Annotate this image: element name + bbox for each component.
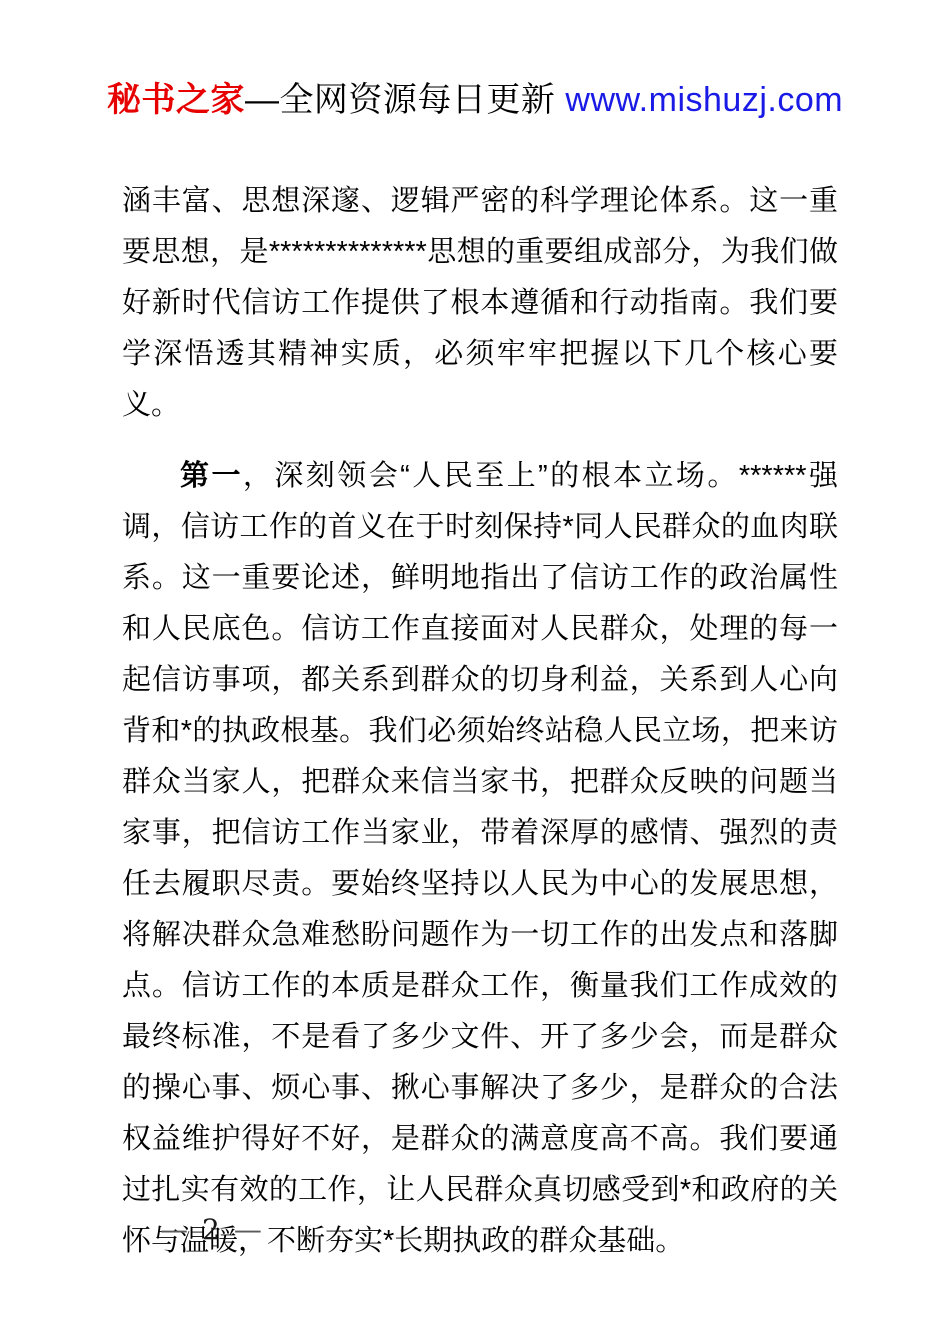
paragraph-text: 涵丰富、思想深邃、逻辑严密的科学理论体系。这一重要思想，是***********… bbox=[122, 185, 838, 421]
document-body: 涵丰富、思想深邃、逻辑严密的科学理论体系。这一重要思想，是***********… bbox=[122, 176, 838, 1287]
document-page: 秘书之家—全网资源每日更新 www.mishuzj.com 涵丰富、思想深邃、逻… bbox=[0, 0, 950, 1344]
paragraph-text: ，深刻领会“人民至上”的根本立场。******强调，信访工作的首义在于时刻保持*… bbox=[122, 460, 838, 1257]
paragraph-lead-bold: 第一 bbox=[180, 460, 243, 492]
page-number: 2 bbox=[202, 1213, 220, 1246]
paragraph: 第一，深刻领会“人民至上”的根本立场。******强调，信访工作的首义在于时刻保… bbox=[122, 451, 838, 1267]
site-tagline: —全网资源每日更新 bbox=[245, 81, 565, 119]
page-footer: —2— bbox=[160, 1213, 262, 1246]
page-header: 秘书之家—全网资源每日更新 www.mishuzj.com bbox=[0, 78, 950, 122]
footer-dash-right: — bbox=[234, 1213, 262, 1246]
footer-dash-left: — bbox=[160, 1213, 188, 1246]
site-url: www.mishuzj.com bbox=[565, 81, 843, 119]
site-brand: 秘书之家 bbox=[107, 81, 245, 119]
paragraph: 涵丰富、思想深邃、逻辑严密的科学理论体系。这一重要思想，是***********… bbox=[122, 176, 838, 431]
